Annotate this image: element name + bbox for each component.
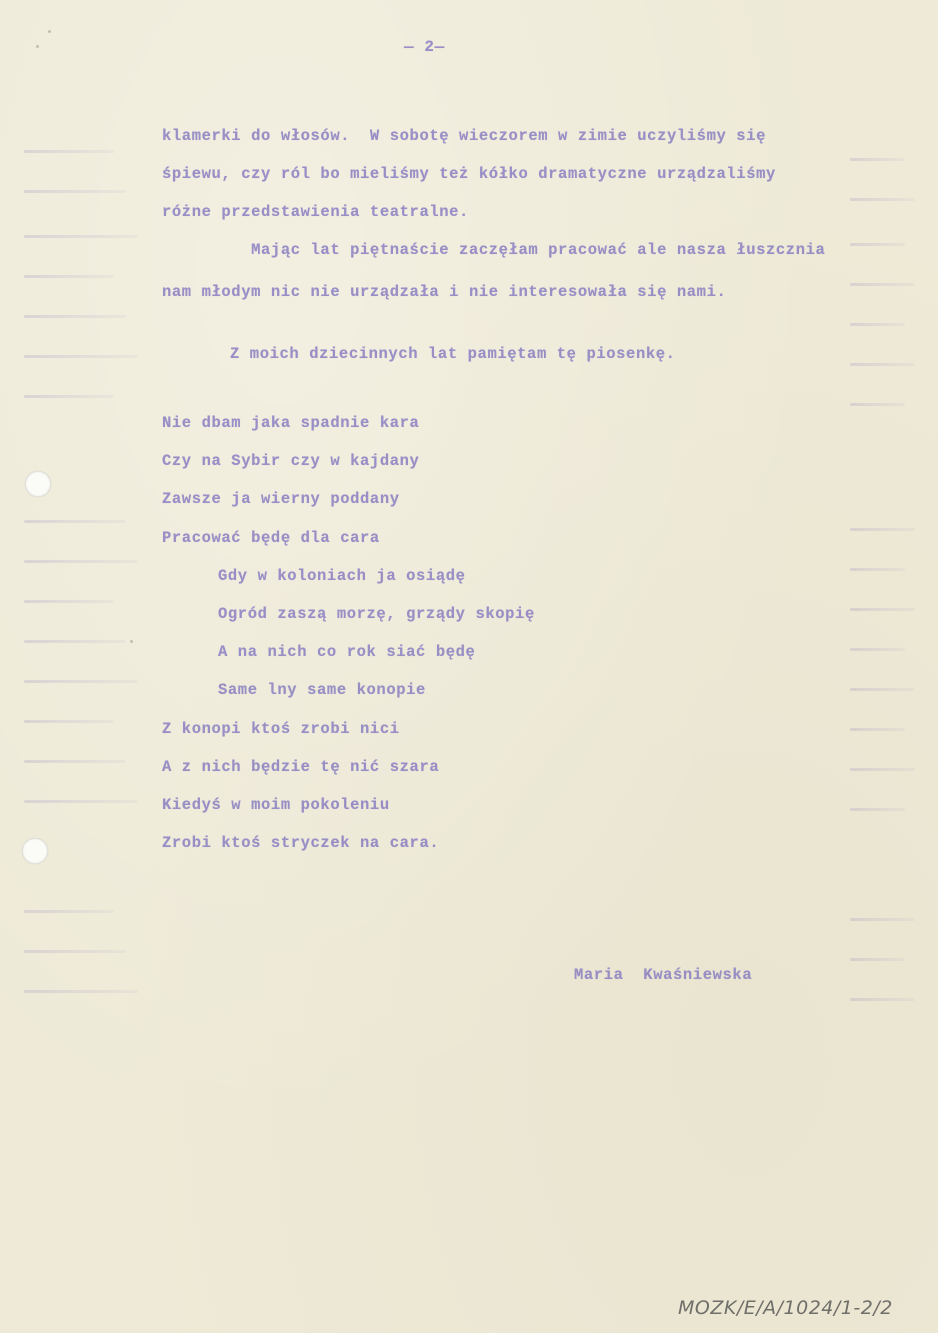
punch-hole bbox=[25, 471, 51, 497]
bleed-mark bbox=[24, 600, 114, 603]
bleed-mark bbox=[850, 998, 915, 1001]
paper-speck bbox=[36, 45, 39, 48]
song-line: Zrobi ktoś stryczek na cara. bbox=[162, 834, 439, 852]
bleed-mark bbox=[24, 235, 138, 238]
bleed-mark bbox=[850, 728, 905, 731]
page-number: — 2— bbox=[404, 38, 445, 56]
song-intro: Z moich dziecinnych lat pamiętam tę pios… bbox=[230, 345, 676, 363]
text-line: Mając lat piętnaście zaczęłam pracować a… bbox=[162, 241, 825, 259]
bleed-mark bbox=[850, 918, 915, 921]
bleed-mark bbox=[24, 990, 138, 993]
song-line: Gdy w koloniach ja osiądę bbox=[218, 567, 466, 585]
bleed-mark bbox=[24, 275, 114, 278]
bleed-mark bbox=[24, 355, 138, 358]
paper-speck bbox=[130, 640, 133, 643]
bleed-mark bbox=[24, 950, 126, 953]
bleed-mark bbox=[850, 363, 915, 366]
text-line: nam młodym nic nie urządzała i nie inter… bbox=[162, 283, 726, 301]
song-line: Zawsze ja wierny poddany bbox=[162, 490, 400, 508]
archive-reference: MOZK/E/A/1024/1-2/2 bbox=[678, 1297, 893, 1319]
song-line: Z konopi ktoś zrobi nici bbox=[162, 720, 400, 738]
bleed-mark bbox=[24, 520, 126, 523]
bleed-mark bbox=[850, 808, 905, 811]
song-line: Kiedyś w moim pokoleniu bbox=[162, 796, 390, 814]
song-line: Same lny same konopie bbox=[218, 681, 426, 699]
bleed-mark bbox=[850, 608, 915, 611]
text-line: różne przedstawienia teatralne. bbox=[162, 203, 469, 221]
bleed-mark bbox=[850, 768, 915, 771]
bleed-mark bbox=[24, 395, 114, 398]
bleed-mark bbox=[850, 198, 915, 201]
document-page: — 2— klamerki do włosów. W sobotę wieczo… bbox=[0, 0, 938, 1333]
bleed-mark bbox=[24, 560, 138, 563]
bleed-mark bbox=[850, 243, 905, 246]
bleed-mark bbox=[850, 403, 905, 406]
song-line: A z nich będzie tę nić szara bbox=[162, 758, 439, 776]
song-line: Ogród zaszą morzę, grządy skopię bbox=[218, 605, 535, 623]
bleed-mark bbox=[24, 680, 138, 683]
bleed-mark bbox=[850, 958, 905, 961]
paper-speck bbox=[48, 30, 51, 33]
bleed-mark bbox=[850, 528, 915, 531]
song-line: Czy na Sybir czy w kajdany bbox=[162, 452, 419, 470]
bleed-mark bbox=[24, 315, 126, 318]
bleed-mark bbox=[850, 688, 915, 691]
bleed-mark bbox=[850, 648, 905, 651]
bleed-mark bbox=[24, 800, 138, 803]
bleed-mark bbox=[24, 190, 126, 193]
bleed-mark bbox=[24, 640, 126, 643]
bleed-mark bbox=[850, 323, 905, 326]
signature: Maria Kwaśniewska bbox=[574, 966, 752, 984]
bleed-mark bbox=[24, 760, 126, 763]
bleed-mark bbox=[850, 158, 905, 161]
song-line: A na nich co rok siać będę bbox=[218, 643, 475, 661]
bleed-mark bbox=[24, 910, 114, 913]
song-line: Nie dbam jaka spadnie kara bbox=[162, 414, 419, 432]
bleed-mark bbox=[24, 720, 114, 723]
bleed-mark bbox=[24, 150, 114, 153]
punch-hole bbox=[22, 838, 48, 864]
text-line: śpiewu, czy ról bo mieliśmy też kółko dr… bbox=[162, 165, 776, 183]
text-line: klamerki do włosów. W sobotę wieczorem w… bbox=[162, 127, 766, 145]
song-line: Pracować będę dla cara bbox=[162, 529, 380, 547]
bleed-mark bbox=[850, 283, 915, 286]
bleed-mark bbox=[850, 568, 905, 571]
